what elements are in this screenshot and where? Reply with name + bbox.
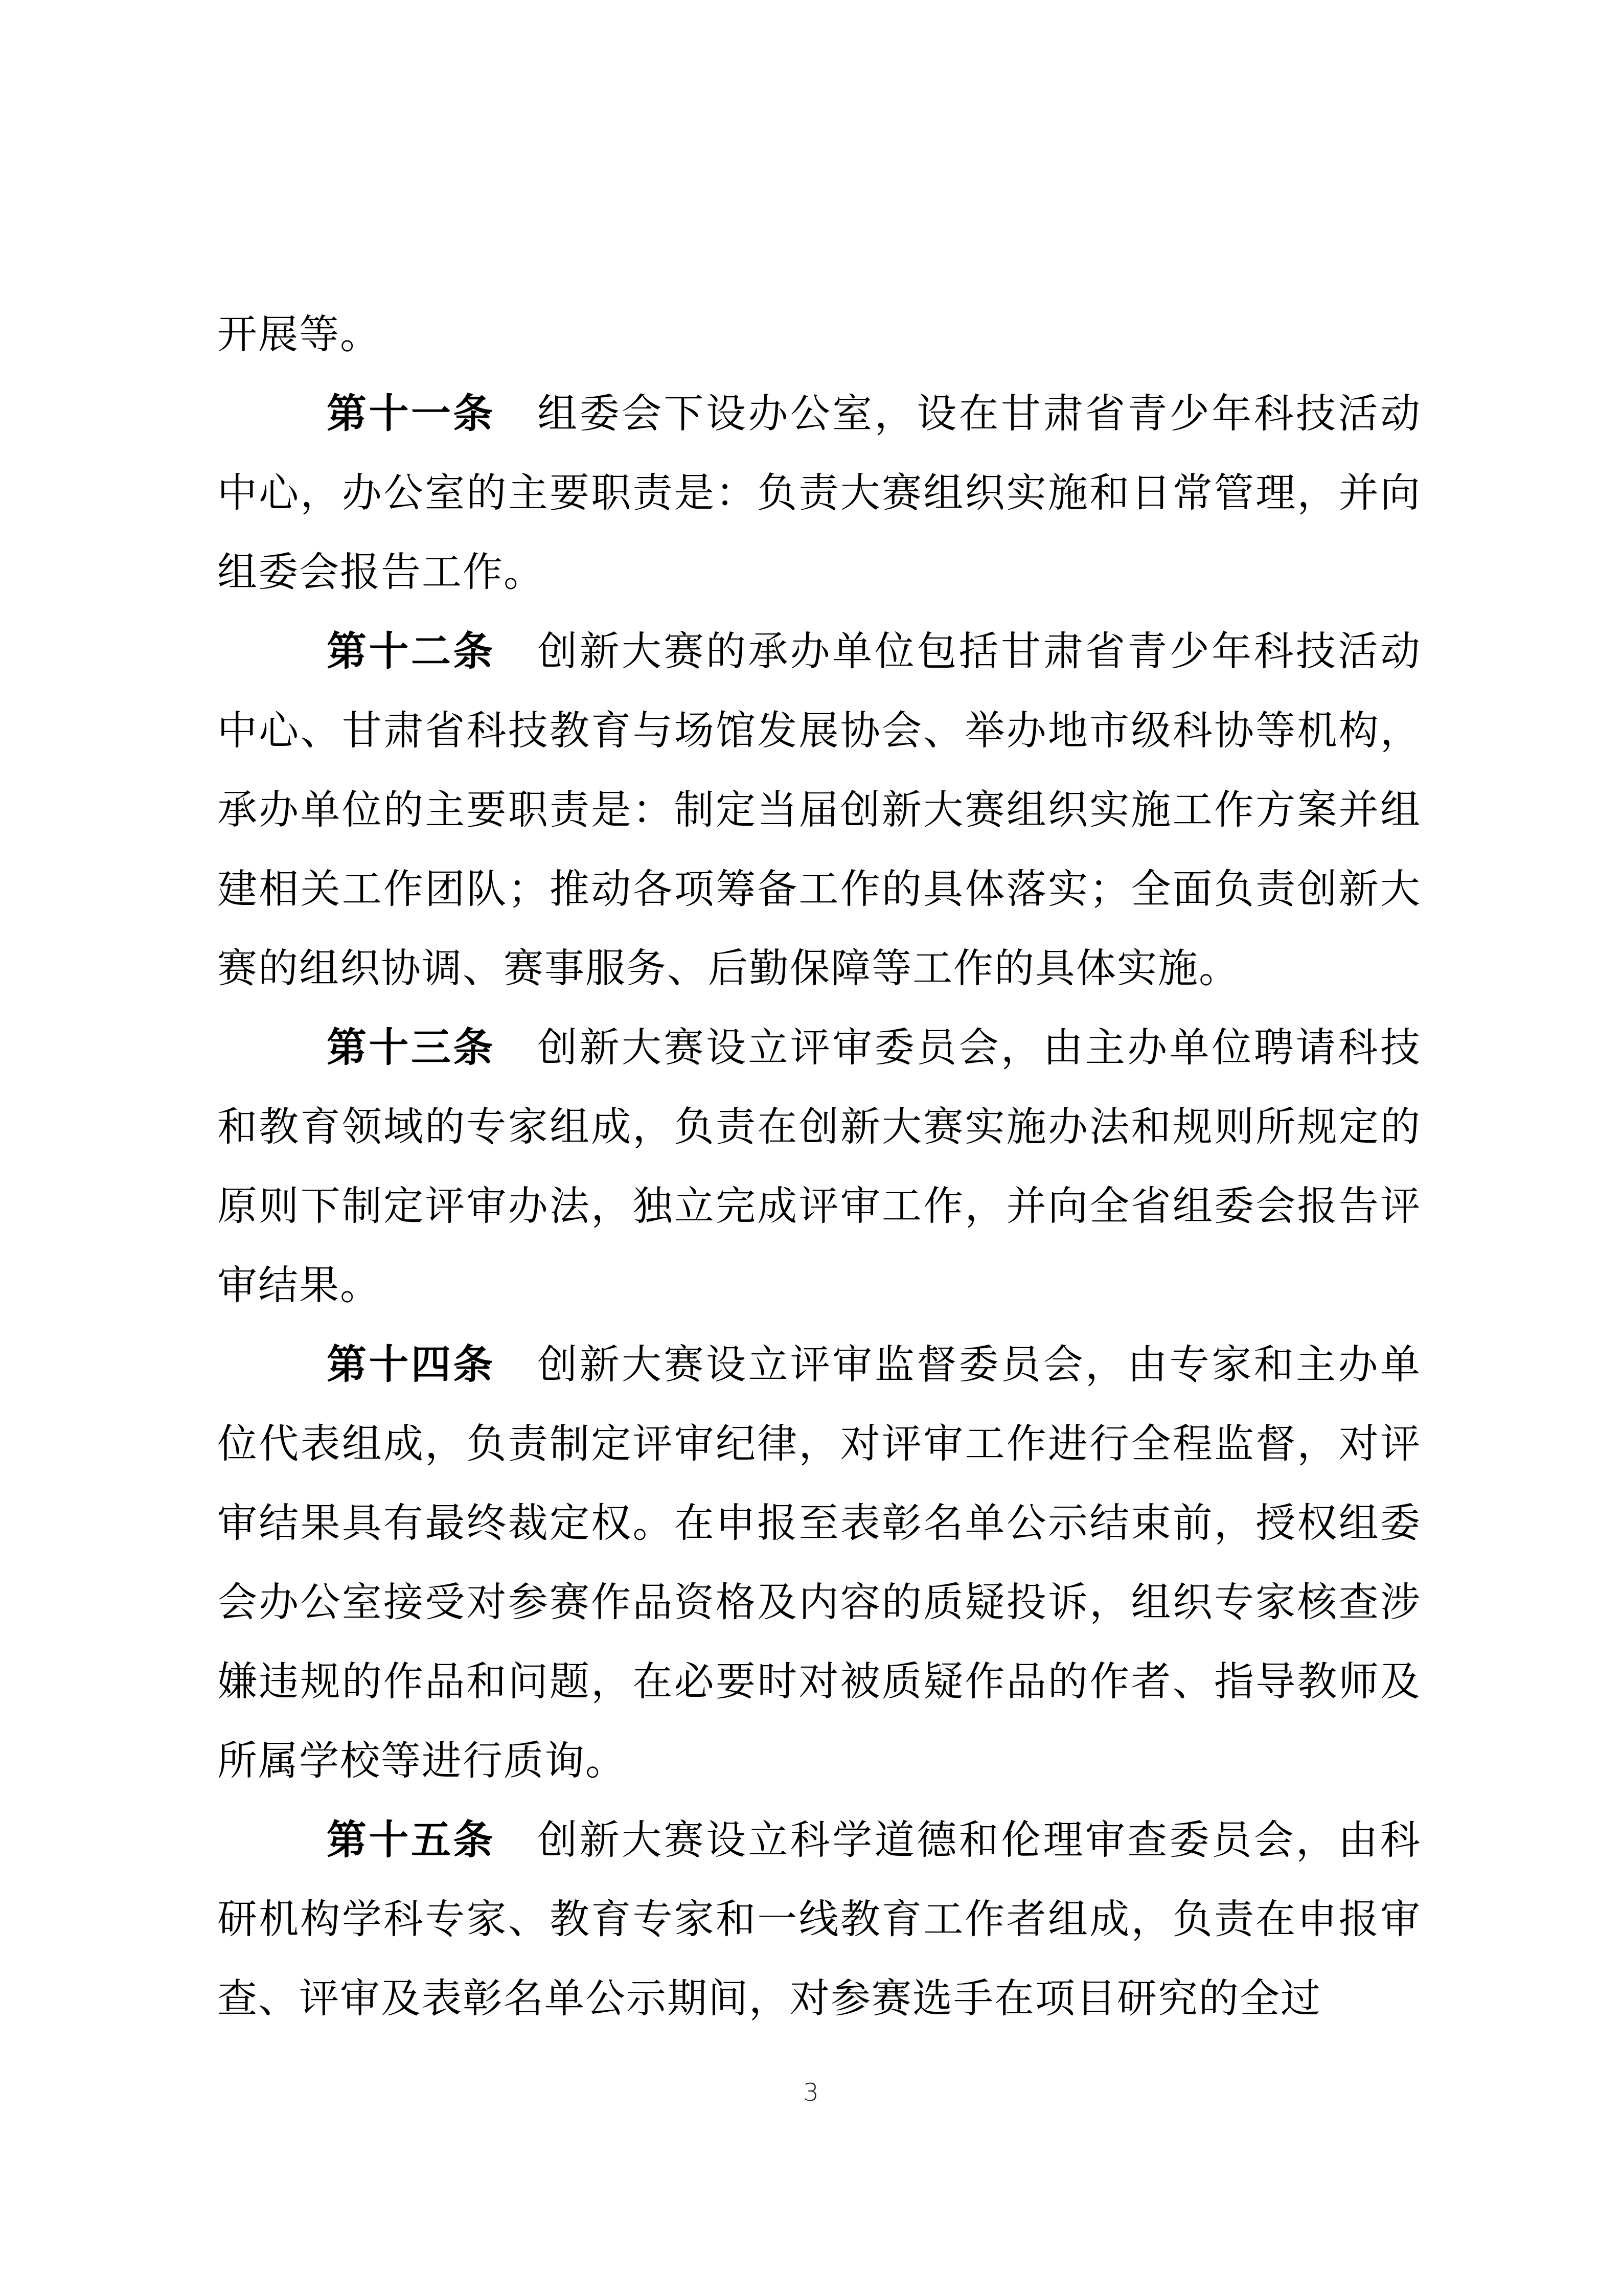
article-number: 第十四条 [327,1342,495,1388]
page-number: 3 [0,2078,1622,2107]
article-number: 第十一条 [327,391,495,437]
article-11: 第十一条组委会下设办公室，设在甘肃省青少年科技活动中心，办公室的主要职责是：负责… [217,375,1421,612]
article-14: 第十四条创新大赛设立评审监督委员会，由专家和主办单位代表组成，负责制定评审纪律，… [217,1326,1421,1801]
article-12: 第十二条创新大赛的承办单位包括甘肃省青少年科技活动中心、甘肃省科技教育与场馆发展… [217,612,1421,1009]
article-number: 第十二条 [327,629,495,675]
article-13: 第十三条创新大赛设立评审委员会，由主办单位聘请科技和教育领域的专家组成，负责在创… [217,1009,1421,1326]
article-15: 第十五条创新大赛设立科学道德和伦理审查委员会，由科研机构学科专家、教育专家和一线… [217,1801,1421,2039]
document-page: 开展等。 第十一条组委会下设办公室，设在甘肃省青少年科技活动中心，办公室的主要职… [0,0,1622,2296]
article-text: 创新大赛设立评审监督委员会，由专家和主办单位代表组成，负责制定评审纪律，对评审工… [217,1342,1421,1784]
paragraph-continuation: 开展等。 [217,295,1421,375]
article-text: 创新大赛的承办单位包括甘肃省青少年科技活动中心、甘肃省科技教育与场馆发展协会、举… [217,629,1421,992]
document-body: 开展等。 第十一条组委会下设办公室，设在甘肃省青少年科技活动中心，办公室的主要职… [217,295,1421,2039]
paragraph-text: 开展等。 [217,312,381,358]
article-number: 第十三条 [327,1025,495,1071]
article-number: 第十五条 [327,1817,495,1863]
